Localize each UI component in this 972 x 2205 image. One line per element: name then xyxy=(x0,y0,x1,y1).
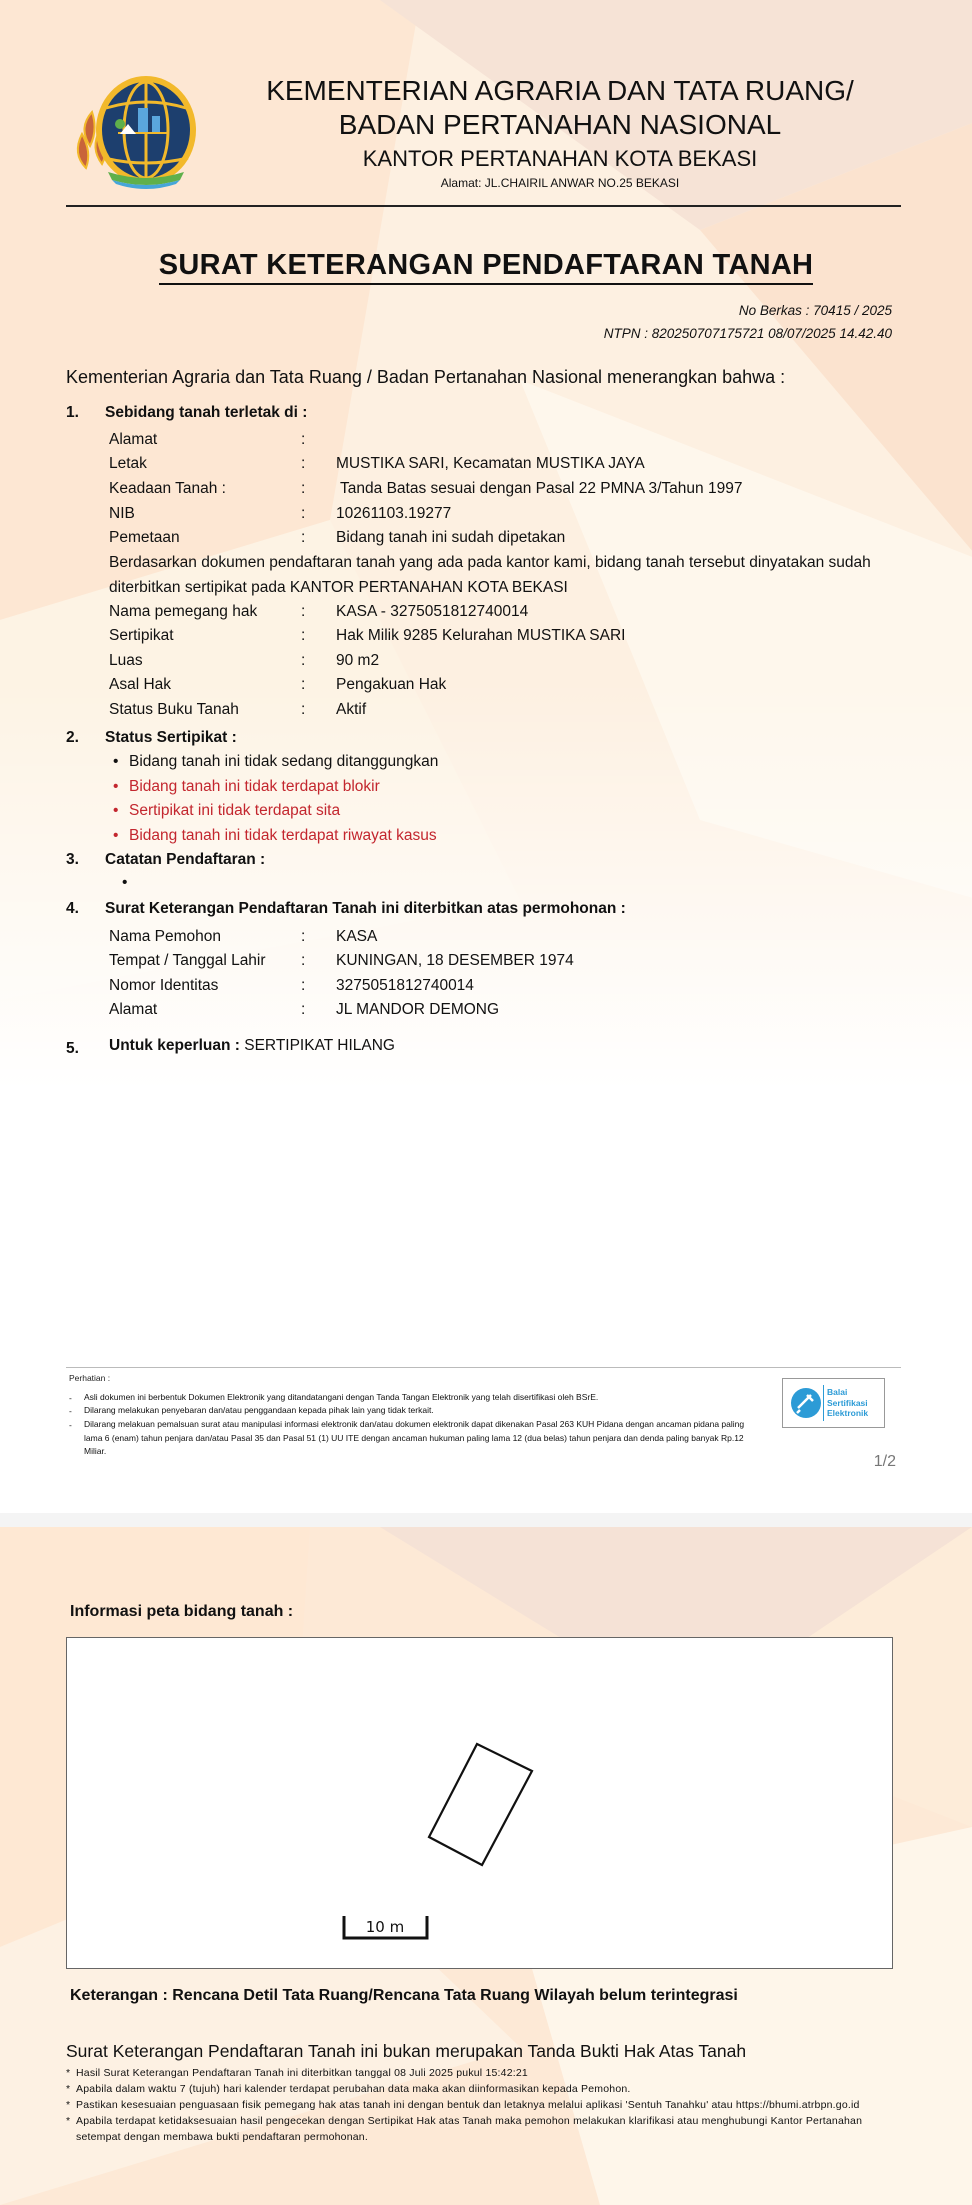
scale-bar-label: 10 m xyxy=(366,1918,404,1936)
ministry-name-line2: BADAN PERTANAHAN NASIONAL xyxy=(240,108,880,142)
section-5-number: 5. xyxy=(66,1040,79,1058)
document-page-1: KEMENTERIAN AGRARIA DAN TATA RUANG/ BADA… xyxy=(0,0,972,1513)
footnote-item: *Pastikan kesesuaian penguasaan fisik pe… xyxy=(66,2099,860,2111)
notice-dash: - xyxy=(69,1406,72,1416)
office-name: KANTOR PERTANAHAN KOTA BEKASI xyxy=(240,146,880,172)
notice-item: Dilarang melakuan pemalsuan surat atau m… xyxy=(84,1418,764,1459)
notice-item: Dilarang melakukan penyebaran dan/atau p… xyxy=(84,1404,774,1418)
file-number: No Berkas : 70415 / 2025 xyxy=(739,303,892,318)
registration-paragraph: Berdasarkan dokumen pendaftaran tanah ya… xyxy=(109,551,889,600)
notice-dash: - xyxy=(69,1393,72,1403)
ministry-name-line1: KEMENTERIAN AGRARIA DAN TATA RUANG/ xyxy=(240,74,880,108)
status-item-warning: •Sertipikat ini tidak terdapat sita xyxy=(113,802,340,820)
section-4-number: 4. xyxy=(66,900,79,918)
ntpn-number: NTPN : 820250707175721 08/07/2025 14.42.… xyxy=(604,326,892,341)
office-address: Alamat: JL.CHAIRIL ANWAR NO.25 BEKASI xyxy=(240,176,880,190)
bsre-logo-icon xyxy=(789,1386,823,1420)
notice-title: Perhatian : xyxy=(69,1373,110,1383)
footnote-item: *Apabila dalam waktu 7 (tujuh) hari kale… xyxy=(66,2083,631,2095)
atr-bpn-logo-icon xyxy=(68,68,212,198)
footnote-item: *Hasil Surat Keterangan Pendaftaran Tana… xyxy=(66,2067,528,2079)
bsre-badge: Balai Sertifikasi Elektronik xyxy=(782,1378,885,1428)
parcel-map-canvas: 10 m xyxy=(67,1638,892,1968)
bsre-label: Balai Sertifikasi Elektronik xyxy=(827,1387,868,1419)
purpose-line: Untuk keperluan : SERTIPIKAT HILANG xyxy=(109,1037,395,1061)
section-2-title: Status Sertipikat : xyxy=(105,729,237,747)
notice-item: Asli dokumen ini berbentuk Dokumen Elekt… xyxy=(84,1391,774,1405)
section-1-number: 1. xyxy=(66,404,79,422)
map-section-title: Informasi peta bidang tanah : xyxy=(70,1603,293,1621)
disclaimer-statement: Surat Keterangan Pendaftaran Tanah ini b… xyxy=(66,2041,746,2062)
document-title: SURAT KETERANGAN PENDAFTARAN TANAH xyxy=(0,249,972,282)
bsre-separator xyxy=(823,1385,824,1421)
status-item-warning: •Bidang tanah ini tidak terdapat riwayat… xyxy=(113,827,437,845)
spatial-plan-note: Keterangan : Rencana Detil Tata Ruang/Re… xyxy=(70,1987,738,2005)
section-4-title: Surat Keterangan Pendaftaran Tanah ini d… xyxy=(105,900,626,918)
notice-dash: - xyxy=(69,1420,72,1430)
status-item: •Bidang tanah ini tidak sedang ditanggun… xyxy=(113,753,438,771)
section-3-number: 3. xyxy=(66,851,79,869)
page-number: 1/2 xyxy=(874,1453,896,1471)
status-item-warning: •Bidang tanah ini tidak terdapat blokir xyxy=(113,778,380,796)
header-divider xyxy=(66,205,901,207)
land-parcel-outline xyxy=(429,1744,532,1865)
section-1-title: Sebidang tanah terletak di : xyxy=(105,404,307,422)
registration-note-bullet: • xyxy=(122,874,127,892)
section-2-number: 2. xyxy=(66,729,79,747)
footnote-item: *Apabila terdapat ketidaksesuaian hasil … xyxy=(66,2115,862,2127)
section-3-title: Catatan Pendaftaran : xyxy=(105,851,265,869)
intro-statement: Kementerian Agraria dan Tata Ruang / Bad… xyxy=(66,367,785,388)
parcel-map: 10 m xyxy=(66,1637,893,1969)
footer-divider xyxy=(66,1367,901,1368)
footnote-item-continued: setempat dengan membawa bukti pendaftara… xyxy=(66,2131,368,2143)
